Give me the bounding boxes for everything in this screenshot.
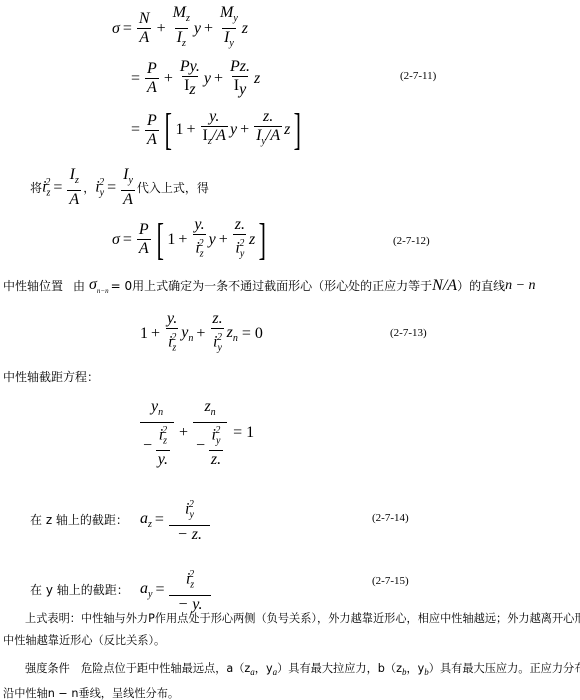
numerator: z. — [210, 310, 224, 328]
numerator: P — [145, 60, 159, 78]
equation-number: (2-7-15) — [372, 575, 409, 587]
equation-number: (2-7-14) — [372, 512, 409, 524]
numerator: iz2 — [184, 566, 196, 595]
equation-number: (2-7-11) — [400, 70, 436, 82]
numerator: y. — [192, 216, 206, 234]
fraction: yn − iz2y. — [140, 398, 174, 469]
right-bracket: ] — [294, 108, 301, 152]
numerator: yn — [149, 398, 165, 422]
equation-y-intercept: 在 y 轴上的截距： ay = iz2− y. — [30, 566, 213, 614]
numerator: y. — [165, 310, 179, 328]
variable: y — [204, 70, 211, 88]
equals-sign: = — [131, 70, 140, 88]
numerator: z. — [261, 108, 275, 126]
conclusion-paragraph: 上式表明：中性轴与外力P作用点处于形心两侧（负号关系），外力越靠近形心，相应中性… — [3, 608, 579, 652]
denominator: A — [137, 28, 151, 47]
equation-number: (2-7-13) — [390, 327, 427, 339]
label: 在 y 轴上的截距： — [30, 581, 140, 598]
equation-stress-general: σ = NA + MzIz y + MyIy z — [112, 4, 248, 53]
numerator: P — [145, 112, 159, 130]
plus-sign: + — [186, 121, 195, 139]
equals-sign: = — [131, 121, 140, 139]
denominator: A — [145, 78, 159, 97]
plus-sign: + — [157, 20, 166, 38]
text: 由 — [73, 277, 85, 294]
text-line: 上式表明：中性轴与外力P作用点处于形心两侧（负号关系），外力越靠近形心，相应中性… — [3, 608, 579, 630]
denominator: − iz2y. — [140, 422, 174, 469]
fraction: y.Iz/A — [201, 108, 228, 151]
math: N/A — [432, 277, 457, 295]
denominator: A — [67, 190, 81, 209]
denominator: Iy/A — [254, 126, 282, 151]
plus-sign: + — [214, 70, 223, 88]
left-bracket: [ — [156, 218, 163, 262]
numerator: iy2 — [183, 496, 196, 525]
text: ）的直线 — [457, 277, 505, 294]
text: ， — [83, 179, 95, 196]
equation-stress-radius: σ = PA [ 1 + y.iz2 y + z.iy2 z ] — [112, 216, 270, 264]
fraction: PA — [145, 60, 159, 97]
fraction: MyIy — [218, 4, 240, 53]
equals-sign: = — [123, 20, 132, 38]
denominator: − iy2z. — [193, 422, 227, 469]
denominator: Iy — [222, 28, 236, 53]
strength-condition-paragraph: 强度条件 危险点位于距中性轴最远点，a（za，ya）具有最大拉应力，b（zb，y… — [3, 658, 579, 700]
numerator: Iy — [121, 166, 135, 190]
neutral-axis-position-line: 中性轴位置 由 σn−n = 0用上式确定为一条不通过截面形心（形心处的正应力等… — [3, 276, 536, 295]
fraction: PA — [137, 221, 151, 258]
fraction: z.iy2 — [210, 310, 224, 358]
plus-sign: + — [178, 231, 187, 249]
denominator: iy2 — [233, 234, 246, 264]
equals-sign: = — [155, 511, 164, 529]
fraction: Py.Iz — [178, 58, 202, 99]
plus-sign: + — [204, 20, 213, 38]
text-line: 强度条件 危险点位于距中性轴最远点，a（za，ya）具有最大拉应力，b（zb，y… — [3, 658, 579, 683]
sigma-symbol: σ — [112, 20, 120, 38]
fraction: IzA — [67, 166, 81, 209]
equation-neutral-axis: 1 + y.iz2 yn + z.iy2 zn = 0 — [140, 310, 263, 358]
plus-sign: + — [179, 424, 188, 442]
equals-sign: = — [123, 231, 132, 249]
plus-sign: + — [196, 325, 205, 343]
constant: 1 — [167, 231, 175, 249]
fraction: iz2− y. — [169, 566, 210, 614]
denominator: iz2 — [193, 234, 205, 264]
fraction: y.iz2 — [165, 310, 179, 358]
section-label: 中性轴位置 — [3, 277, 63, 294]
text-line: 沿中性轴n − n垂线，呈线性分布。 — [3, 683, 579, 700]
plus-sign: + — [164, 70, 173, 88]
variable: y — [194, 20, 201, 38]
equation-z-intercept: 在 z 轴上的截距： az = iy2− z. — [30, 496, 212, 544]
plus-sign: + — [240, 121, 249, 139]
plus-sign: + — [151, 325, 160, 343]
variable: z — [254, 70, 260, 88]
fraction: MzIz — [171, 4, 192, 53]
denominator: iy2 — [211, 328, 224, 358]
denominator: A — [145, 130, 159, 149]
fraction: NA — [137, 10, 152, 47]
label: 在 z 轴上的截距： — [30, 511, 140, 528]
left-bracket: [ — [164, 108, 171, 152]
equation-number: (2-7-12) — [393, 235, 430, 247]
numerator: Pz. — [228, 58, 252, 76]
constant: 1 — [175, 121, 183, 139]
numerator: y. — [207, 108, 221, 126]
equation-stress-bracket: = PA [ 1 + y.Iz/A y + z.Iy/A z ] — [128, 108, 305, 152]
fraction: z.Iy/A — [254, 108, 282, 151]
variable: y — [230, 121, 237, 139]
text: = 0用上式确定为一条不通过截面形心（形心处的正应力等于 — [111, 277, 433, 294]
denominator: A — [121, 190, 135, 209]
numerator: zn — [202, 398, 217, 422]
constant: 1 — [140, 325, 148, 343]
right-bracket: ] — [259, 218, 266, 262]
denominator: Iz — [182, 76, 198, 99]
fraction: Pz.Iy — [228, 58, 252, 99]
equals-sign: = — [155, 581, 164, 599]
equation-intercept-form: yn − iz2y. + zn − iy2z. = 1 — [138, 398, 254, 469]
variable: z — [249, 231, 255, 249]
fraction: y.iz2 — [192, 216, 206, 264]
fraction: zn − iy2z. — [193, 398, 227, 469]
intercept-heading: 中性轴截距方程： — [3, 368, 99, 385]
denominator: Iz — [175, 28, 188, 53]
numerator: Iz — [68, 166, 81, 190]
math: n − n — [505, 278, 535, 294]
variable: y — [209, 231, 216, 249]
numerator: Py. — [178, 58, 202, 76]
fraction: PA — [145, 112, 159, 149]
denominator: Iz/A — [201, 126, 228, 151]
equals-sign: = — [107, 179, 116, 197]
equation-stress-load: = PA + Py.Iz y + Pz.Iy z — [128, 58, 260, 99]
substitution-line: 将 iz2 = IzA ， iy2 = IyA 代入上式，得 — [30, 166, 209, 209]
fraction: IyA — [121, 166, 135, 209]
numerator: My — [218, 4, 240, 28]
denominator: iz2 — [166, 328, 178, 358]
denominator: A — [137, 239, 151, 258]
sigma-symbol: σ — [112, 231, 120, 249]
equals-sign: = — [53, 179, 62, 197]
denominator: − z. — [169, 525, 210, 544]
plus-sign: + — [219, 231, 228, 249]
rhs: = 1 — [233, 424, 254, 442]
numerator: Mz — [171, 4, 192, 28]
denominator: Iy — [232, 76, 248, 99]
fraction: iy2− z. — [169, 496, 210, 544]
variable: z — [284, 121, 290, 139]
numerator: N — [137, 10, 152, 28]
text-line: 中性轴越靠近形心（反比关系）。 — [3, 630, 579, 652]
text: 代入上式，得 — [137, 179, 209, 196]
numerator: P — [137, 221, 151, 239]
fraction: z.iy2 — [233, 216, 247, 264]
variable: z — [242, 20, 248, 38]
rhs: = 0 — [242, 325, 263, 343]
text: 将 — [30, 179, 42, 196]
numerator: z. — [233, 216, 247, 234]
